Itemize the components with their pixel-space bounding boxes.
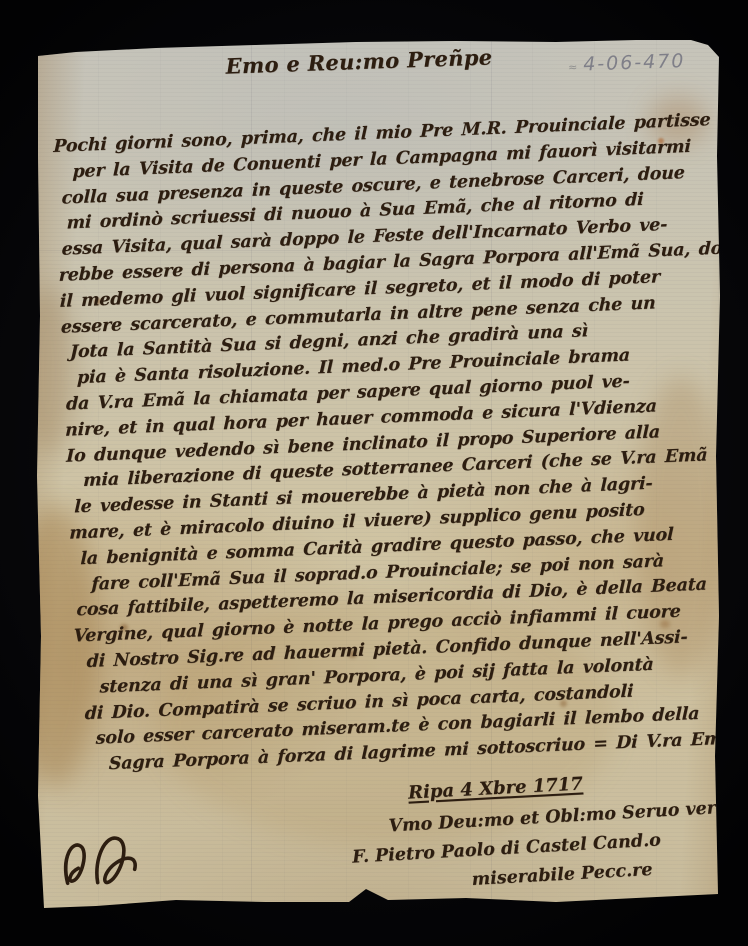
monogram-flourish-icon — [55, 828, 152, 898]
archival-number-text: 4-06-470 — [583, 50, 686, 76]
archival-number: ≈4-06-470 — [568, 50, 686, 76]
letter-paper: ≈4-06-470 Emo e Reu:mo Preñpe Pochi gior… — [36, 36, 722, 916]
letter-body: Pochi giorni sono, prima, che il mio Pre… — [52, 108, 738, 779]
photo-background: ≈4-06-470 Emo e Reu:mo Preñpe Pochi gior… — [0, 0, 748, 946]
pencil-squiggle-icon: ≈ — [568, 61, 578, 74]
